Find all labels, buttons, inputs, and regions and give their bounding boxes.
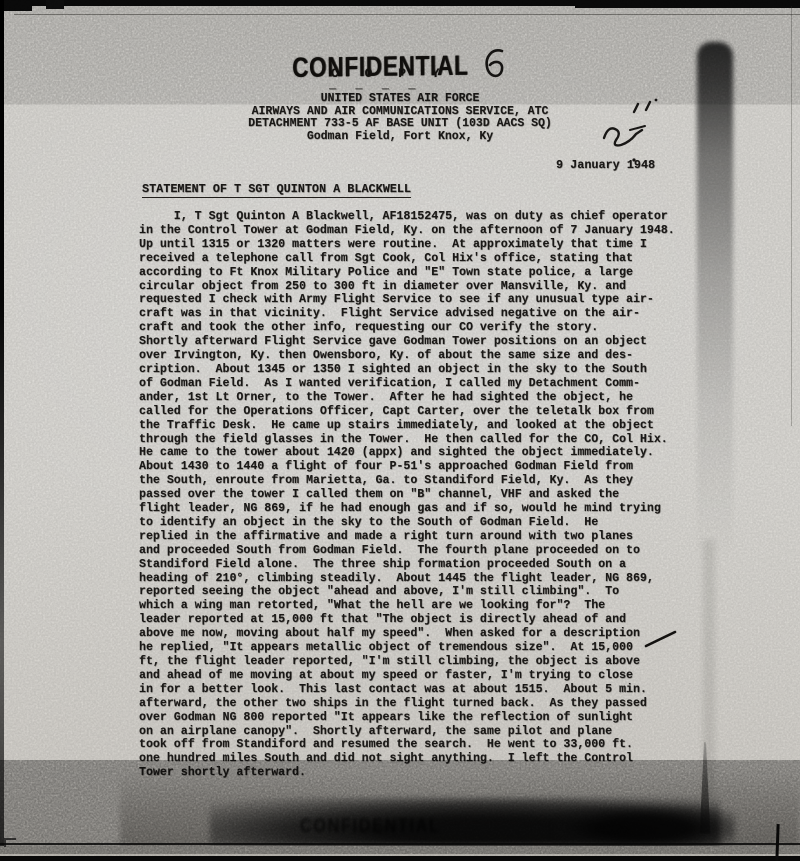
body-line: cription. About 1345 or 1350 I sighted a… — [139, 363, 679, 377]
body-line: and proceeded South from Godman Field. T… — [139, 544, 679, 558]
letterhead-line: Godman Field, Fort Knox, Ky — [0, 131, 800, 144]
body-line: ft, the flight leader reported, "I'm sti… — [139, 655, 679, 669]
body-line: according to Ft Knox Military Police and… — [139, 266, 679, 280]
body-line: he replied, "It appears metallic object … — [139, 641, 679, 655]
scan-top-left-blob — [0, 0, 32, 11]
body-line: the Traffic Desk. He came up stairs imme… — [139, 419, 679, 433]
body-line: over Godman NG 800 reported "It appears … — [139, 711, 679, 725]
scan-top-blob — [46, 0, 64, 9]
body-line: heading of 210°, climbing steadily. Abou… — [139, 572, 679, 586]
body-line: in the Control Tower at Godman Field, Ky… — [139, 224, 679, 238]
body-line: of Godman Field. As I wanted verificatio… — [139, 377, 679, 391]
scan-top-right-bar — [575, 0, 800, 8]
body-line: flight leader, NG 869, if he had enough … — [139, 502, 679, 516]
body-line: through the field glasses in the Tower. … — [139, 433, 679, 447]
handwritten-loop-mark — [482, 48, 510, 82]
body-line: leader reported at 15,000 ft that "The o… — [139, 613, 679, 627]
body-line: called for the Operations Officer, Capt … — [139, 405, 679, 419]
letterhead-line: DETACHMENT 733-5 AF BASE UNIT (103D AACS… — [0, 118, 800, 131]
document-date: 9 January 1948 — [556, 158, 655, 172]
ghost-confidential-stamp: CONFIDENTIAL — [300, 816, 441, 838]
body-line: in for a better look. This last contact … — [139, 683, 679, 697]
scan-bottom-edge-bar — [0, 856, 800, 861]
body-line: received a telephone call from Sgt Cook,… — [139, 252, 679, 266]
body-line: craft was in that vicinity. Flight Servi… — [139, 307, 679, 321]
body-line: About 1430 to 1440 a flight of four P-51… — [139, 460, 679, 474]
body-line: reported seeing the object "ahead and ab… — [139, 585, 679, 599]
scanned-document-page: CONFIDENTIAL C O P Y _ _ _ _ UNITED STAT… — [0, 0, 800, 861]
body-line: circular object from 250 to 300 ft in di… — [139, 280, 679, 294]
body-line: I, T Sgt Quinton A Blackwell, AF18152475… — [139, 210, 679, 224]
body-line: on an airplane canopy". Shortly afterwar… — [139, 725, 679, 739]
body-line: passed over the tower I called them on "… — [139, 488, 679, 502]
scan-bottom-left-tick — [4, 838, 16, 847]
body-line: the South, enroute from Marietta, Ga. to… — [139, 474, 679, 488]
body-line: He came to the tower about 1420 (appx) a… — [139, 446, 679, 460]
statement-title: STATEMENT OF T SGT QUINTON A BLACKWELL — [142, 182, 411, 198]
body-line: and ahead of me moving at about my speed… — [139, 669, 679, 683]
body-line: requested I check with Army Flight Servi… — [139, 293, 679, 307]
body-line: craft and took the other info, requestin… — [139, 321, 679, 335]
body-line: to identify an object in the sky to the … — [139, 516, 679, 530]
body-line: Standiford Field alone. The three ship f… — [139, 558, 679, 572]
body-line: one hundred miles South and did not sigh… — [139, 752, 679, 766]
body-line: took off from Standiford and resumed the… — [139, 738, 679, 752]
body-line: above me now, moving about half my speed… — [139, 627, 679, 641]
scan-scratch-line — [14, 14, 800, 15]
copy-underline-dashes: _ _ _ _ — [329, 78, 421, 92]
letterhead-line: UNITED STATES AIR FORCE — [0, 93, 800, 106]
scan-bottom-smudge-right — [555, 806, 735, 846]
body-line: which a wing man retorted, "What the hel… — [139, 599, 679, 613]
letterhead: UNITED STATES AIR FORCEAIRWAYS AND AIR C… — [0, 93, 800, 143]
scan-right-edge-line — [791, 6, 792, 426]
body-line: Up until 1315 or 1320 matters were routi… — [139, 238, 679, 252]
body-line: afterward, the other two ships in the fl… — [139, 697, 679, 711]
body-line: over Irvington, Ky. then Owensboro, Ky. … — [139, 349, 679, 363]
statement-body: I, T Sgt Quinton A Blackwell, AF18152475… — [139, 210, 679, 780]
scan-bottom-line — [0, 843, 800, 845]
body-line: replied in the affirmative and made a ri… — [139, 530, 679, 544]
body-line: Shortly afterward Flight Service gave Go… — [139, 335, 679, 349]
body-line: ander, 1st Lt Orner, to the Tower. After… — [139, 391, 679, 405]
